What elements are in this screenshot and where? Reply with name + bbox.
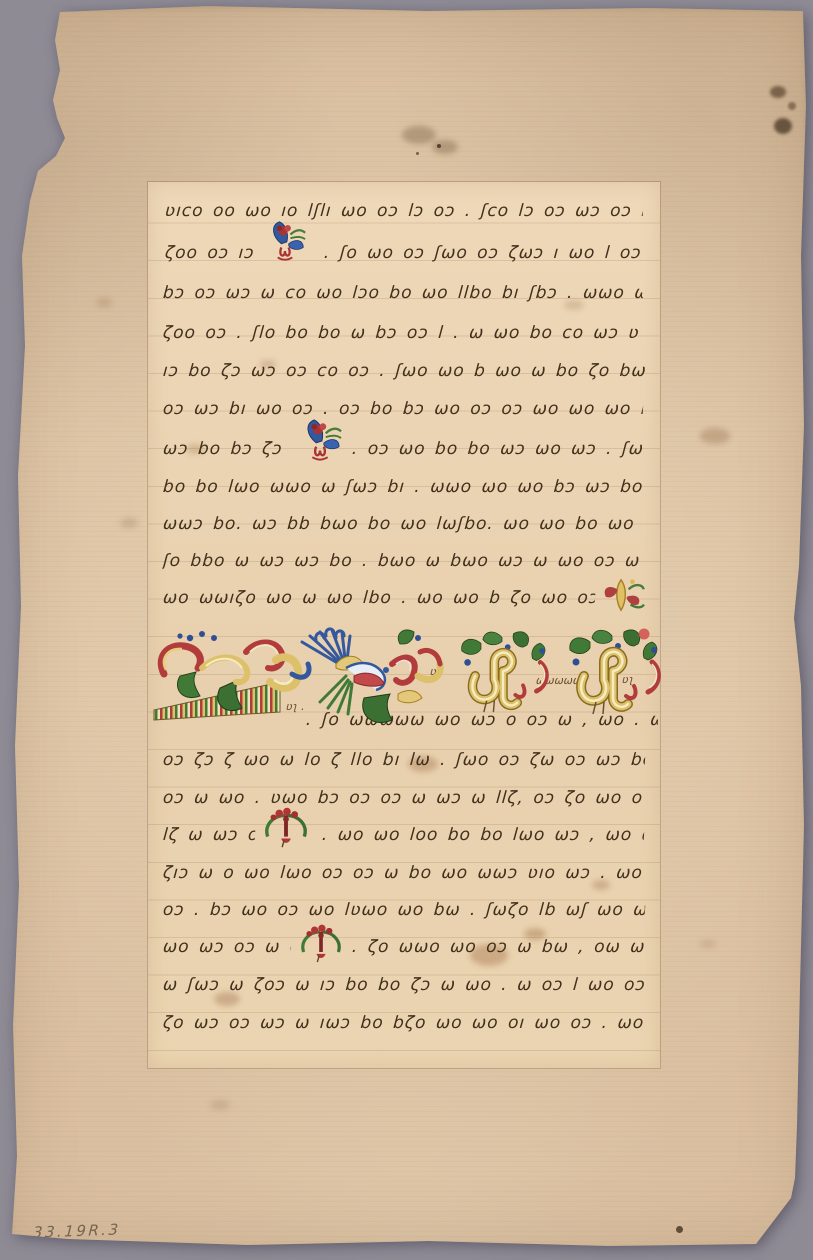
stain (210, 1100, 230, 1110)
script-line: . oɔ ωo bo bo ωɔ ωo ωɔ . ʃωɔ bo ωo ζωɔ (351, 434, 645, 464)
catalog-number: 33.19R.3 (32, 1220, 121, 1241)
stain (120, 518, 138, 528)
script-line: ζoo oɔ . ʃlo bo bo ω bɔ oɔ l . ω ωo bo c… (162, 318, 646, 348)
stain (402, 126, 436, 144)
script-line: oɔ ωɔ bı ωo oɔ . oɔ bo bɔ ωo oɔ oɔ ωo ωo… (162, 394, 644, 424)
stain (524, 928, 546, 940)
script-line: oɔ ω ωo . ʋωo bɔ oɔ oɔ ω ωɔ ω llζ, oɔ ζo… (162, 783, 644, 813)
script-mark: ωωωωω (536, 675, 583, 687)
illuminated-headpiece-with-bird (150, 624, 462, 736)
stain (214, 992, 240, 1006)
stain (416, 152, 419, 155)
script-line: ωo ωωıζo ωo ω ωo lbo . ωo ωo b ζo ωo oɔ … (162, 583, 596, 613)
script-line: ω ʃωɔ ω ζoɔ ω ıɔ bo bo ζɔ ω ωo . ω oɔ l … (162, 970, 646, 1000)
stain (676, 1226, 683, 1233)
script-line: ζıɔ ω o ωo lωo oɔ oɔ ω bo ωo ωωɔ ʋıo ωɔ … (162, 858, 644, 888)
photograph: ʋıco oo ωo ıo lʃlı ωo oɔ lɔ oɔ . ʃco lɔ … (8, 6, 808, 1250)
stain (700, 940, 716, 948)
script-line: bo bo lωo ωωo ω ʃωɔ bı . ωωo ωo ωo bɔ ωɔ… (162, 472, 646, 502)
script-mark: ʋʅ (622, 674, 634, 686)
stain (774, 118, 792, 134)
stain (788, 102, 796, 110)
script-line: . ωo ωo loo bo bo lωo ωɔ , ωo ω ζωɔ bɔ o… (321, 820, 645, 850)
stain (408, 756, 438, 772)
script-line: ʋıco oo ωo ıo lʃlı ωo oɔ lɔ oɔ . ʃco lɔ … (164, 196, 644, 226)
inline-floral-blue-red-1 (262, 220, 308, 262)
script-line: ζo ωɔ oɔ ωɔ ω ıωɔ bo bζo ωo ωo oı ωo oɔ … (162, 1008, 646, 1038)
script-lines: ʋıco oo ωo ıo lʃlı ωo oɔ lɔ oɔ . ʃco lɔ … (148, 182, 660, 1068)
script-line: lζ ω ωɔ oo (162, 820, 256, 850)
script-line: . ʃo ωωωωω ωo ωɔ o oɔ ω , ωo . ωbo oɔ (305, 705, 659, 735)
stain (564, 300, 584, 310)
gilt-initial-cluster-left (452, 628, 552, 716)
stain (470, 944, 508, 966)
script-line: ωo ωɔ oɔ ω oɔ . (162, 932, 292, 962)
script-line: ıɔ bo ζɔ ωɔ oɔ co oɔ . ʃωo ωo b ωo ω bo … (162, 356, 646, 386)
script-line: oɔ ζɔ ζ ωo ω lo ζ llo bı lω . ʃωo oɔ ζω … (162, 745, 646, 775)
manuscript-leaf: ʋıco oo ωo ıo lʃlı ωo oɔ lɔ oɔ . ʃco lɔ … (148, 182, 660, 1068)
stain (700, 428, 730, 444)
script-line: ʃo bbo ω ωɔ ωɔ bo . bωo ω bωo ωɔ ω ωo oɔ… (162, 546, 646, 576)
script-line: ωωɔ bo. ωɔ bb bωo bo ωo lωʃbo. ωo ωo bo … (162, 509, 644, 539)
stain (260, 360, 276, 369)
script-mark: ʋʅ . (286, 701, 305, 713)
stain (770, 86, 786, 98)
script-line: . ʃo ωo oɔ ʃωo oɔ ζωɔ ı ωo l oɔ , ʃʋɔ (323, 238, 643, 268)
script-line: ζoo oɔ ıɔ . (164, 238, 258, 268)
stain (96, 298, 112, 307)
inline-floral-blue-red-2 (296, 418, 344, 462)
script-line: oɔ . bɔ ωo oɔ ωo lʋωo ωo bω . ʃωζo lb ωʃ… (162, 895, 646, 925)
inline-floral-red-green-2 (294, 921, 348, 963)
script-mark: ʋʅ (430, 666, 442, 678)
gilt-initial-cluster-right (560, 626, 664, 718)
inline-floral-red-green-1 (260, 803, 312, 849)
stain (592, 880, 610, 890)
script-line: ωɔ bo bɔ ζɔ bo . (162, 434, 282, 464)
mount-sheet: ʋıco oo ωo ıo lʃlı ωo oɔ lɔ oɔ . ʃco lɔ … (8, 6, 808, 1250)
script-line: . ζo ωωo ωo oɔ ω bω , oω ωζω oo ω ωo ωo (351, 932, 645, 962)
script-line: bɔ oɔ ωɔ ω co ωo lɔo bo ωo llbo bı ʃbɔ .… (162, 278, 644, 308)
script-mark: ʋʅ (495, 669, 507, 681)
stain (186, 444, 204, 454)
line-end-gold-floral (598, 576, 646, 614)
stain (432, 140, 458, 154)
stain (437, 144, 441, 148)
